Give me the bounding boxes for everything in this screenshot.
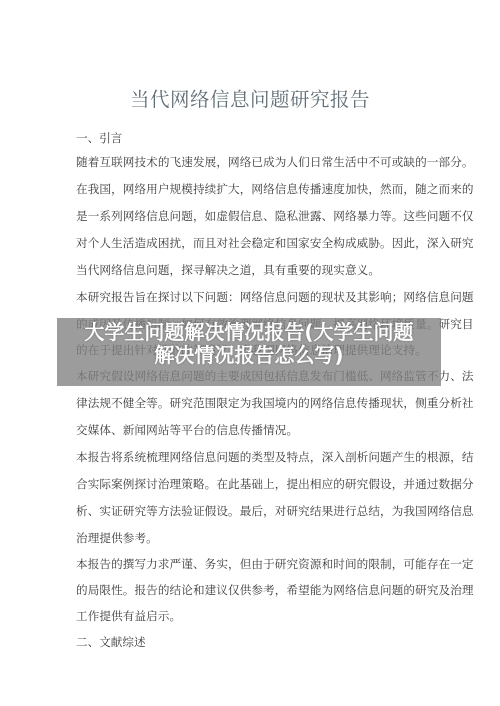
paragraph-line: 是一系列网络信息问题，如虚假信息、隐私泄露、网络暴力等。这些问题不仅 xyxy=(76,208,474,224)
paragraph-line: 对个人生活造成困扰，而且对社会稳定和国家安全构成威胁。因此，深入研究 xyxy=(76,235,474,251)
paragraph-line: 本报告将系统梳理网络信息问题的类型及特点，深入剖析问题产生的根源，结 xyxy=(76,449,474,465)
paragraph-line: 析、实证研究等方法验证假设。最后，对研究结果进行总结，为我国网络信息 xyxy=(76,503,474,519)
paragraph-line: 当代网络信息问题，探寻解决之道，具有重要的现实意义。 xyxy=(76,262,380,278)
document-page: 当代网络信息问题研究报告 一、引言 随着互联网技术的飞速发展，网络已成为人们日常… xyxy=(0,0,500,706)
overlay-caption: 大学生问题解决情况报告(大学生问题 解决情况报告怎么写) xyxy=(57,318,441,367)
paragraph-line: 律法规不健全等。研究范围限定为我国境内的网络信息传播现状，侧重分析社 xyxy=(76,395,474,411)
paragraph-line: 的局限性。报告的结论和建议仅供参考，希望能为网络信息问题的研究及治理 xyxy=(76,582,474,598)
paragraph-line: 交媒体、新闻网站等平台的信息传播情况。 xyxy=(76,422,298,438)
paragraph-line: 工作提供有益启示。 xyxy=(76,608,181,624)
section-heading-intro: 一、引言 xyxy=(76,130,122,146)
paragraph-line: 随着互联网技术的飞速发展，网络已成为人们日常生活中不可或缺的一部分。 xyxy=(76,154,474,170)
paragraph-line: 合实际案例探讨治理策略。在此基础上，提出相应的研究假设，并通过数据分 xyxy=(76,476,474,492)
section-heading-literature: 二、文献综述 xyxy=(76,634,146,650)
paragraph-line: 本报告的撰写力求严谨、务实，但由于研究资源和时间的限制，可能存在一定 xyxy=(76,556,474,572)
paragraph-line: 治理提供参考。 xyxy=(76,530,158,546)
overlay-caption-line-2: 解决情况报告怎么写) xyxy=(57,344,441,367)
paragraph-line: 在我国，网络用户规模持续扩大，网络信息传播速度加快，然而，随之而来的 xyxy=(76,181,474,197)
paragraph-line: 本研究报告旨在探讨以下问题：网络信息问题的现状及其影响；网络信息问题 xyxy=(76,289,474,305)
document-title: 当代网络信息问题研究报告 xyxy=(0,84,500,112)
overlay-caption-line-1: 大学生问题解决情况报告(大学生问题 xyxy=(57,321,441,344)
